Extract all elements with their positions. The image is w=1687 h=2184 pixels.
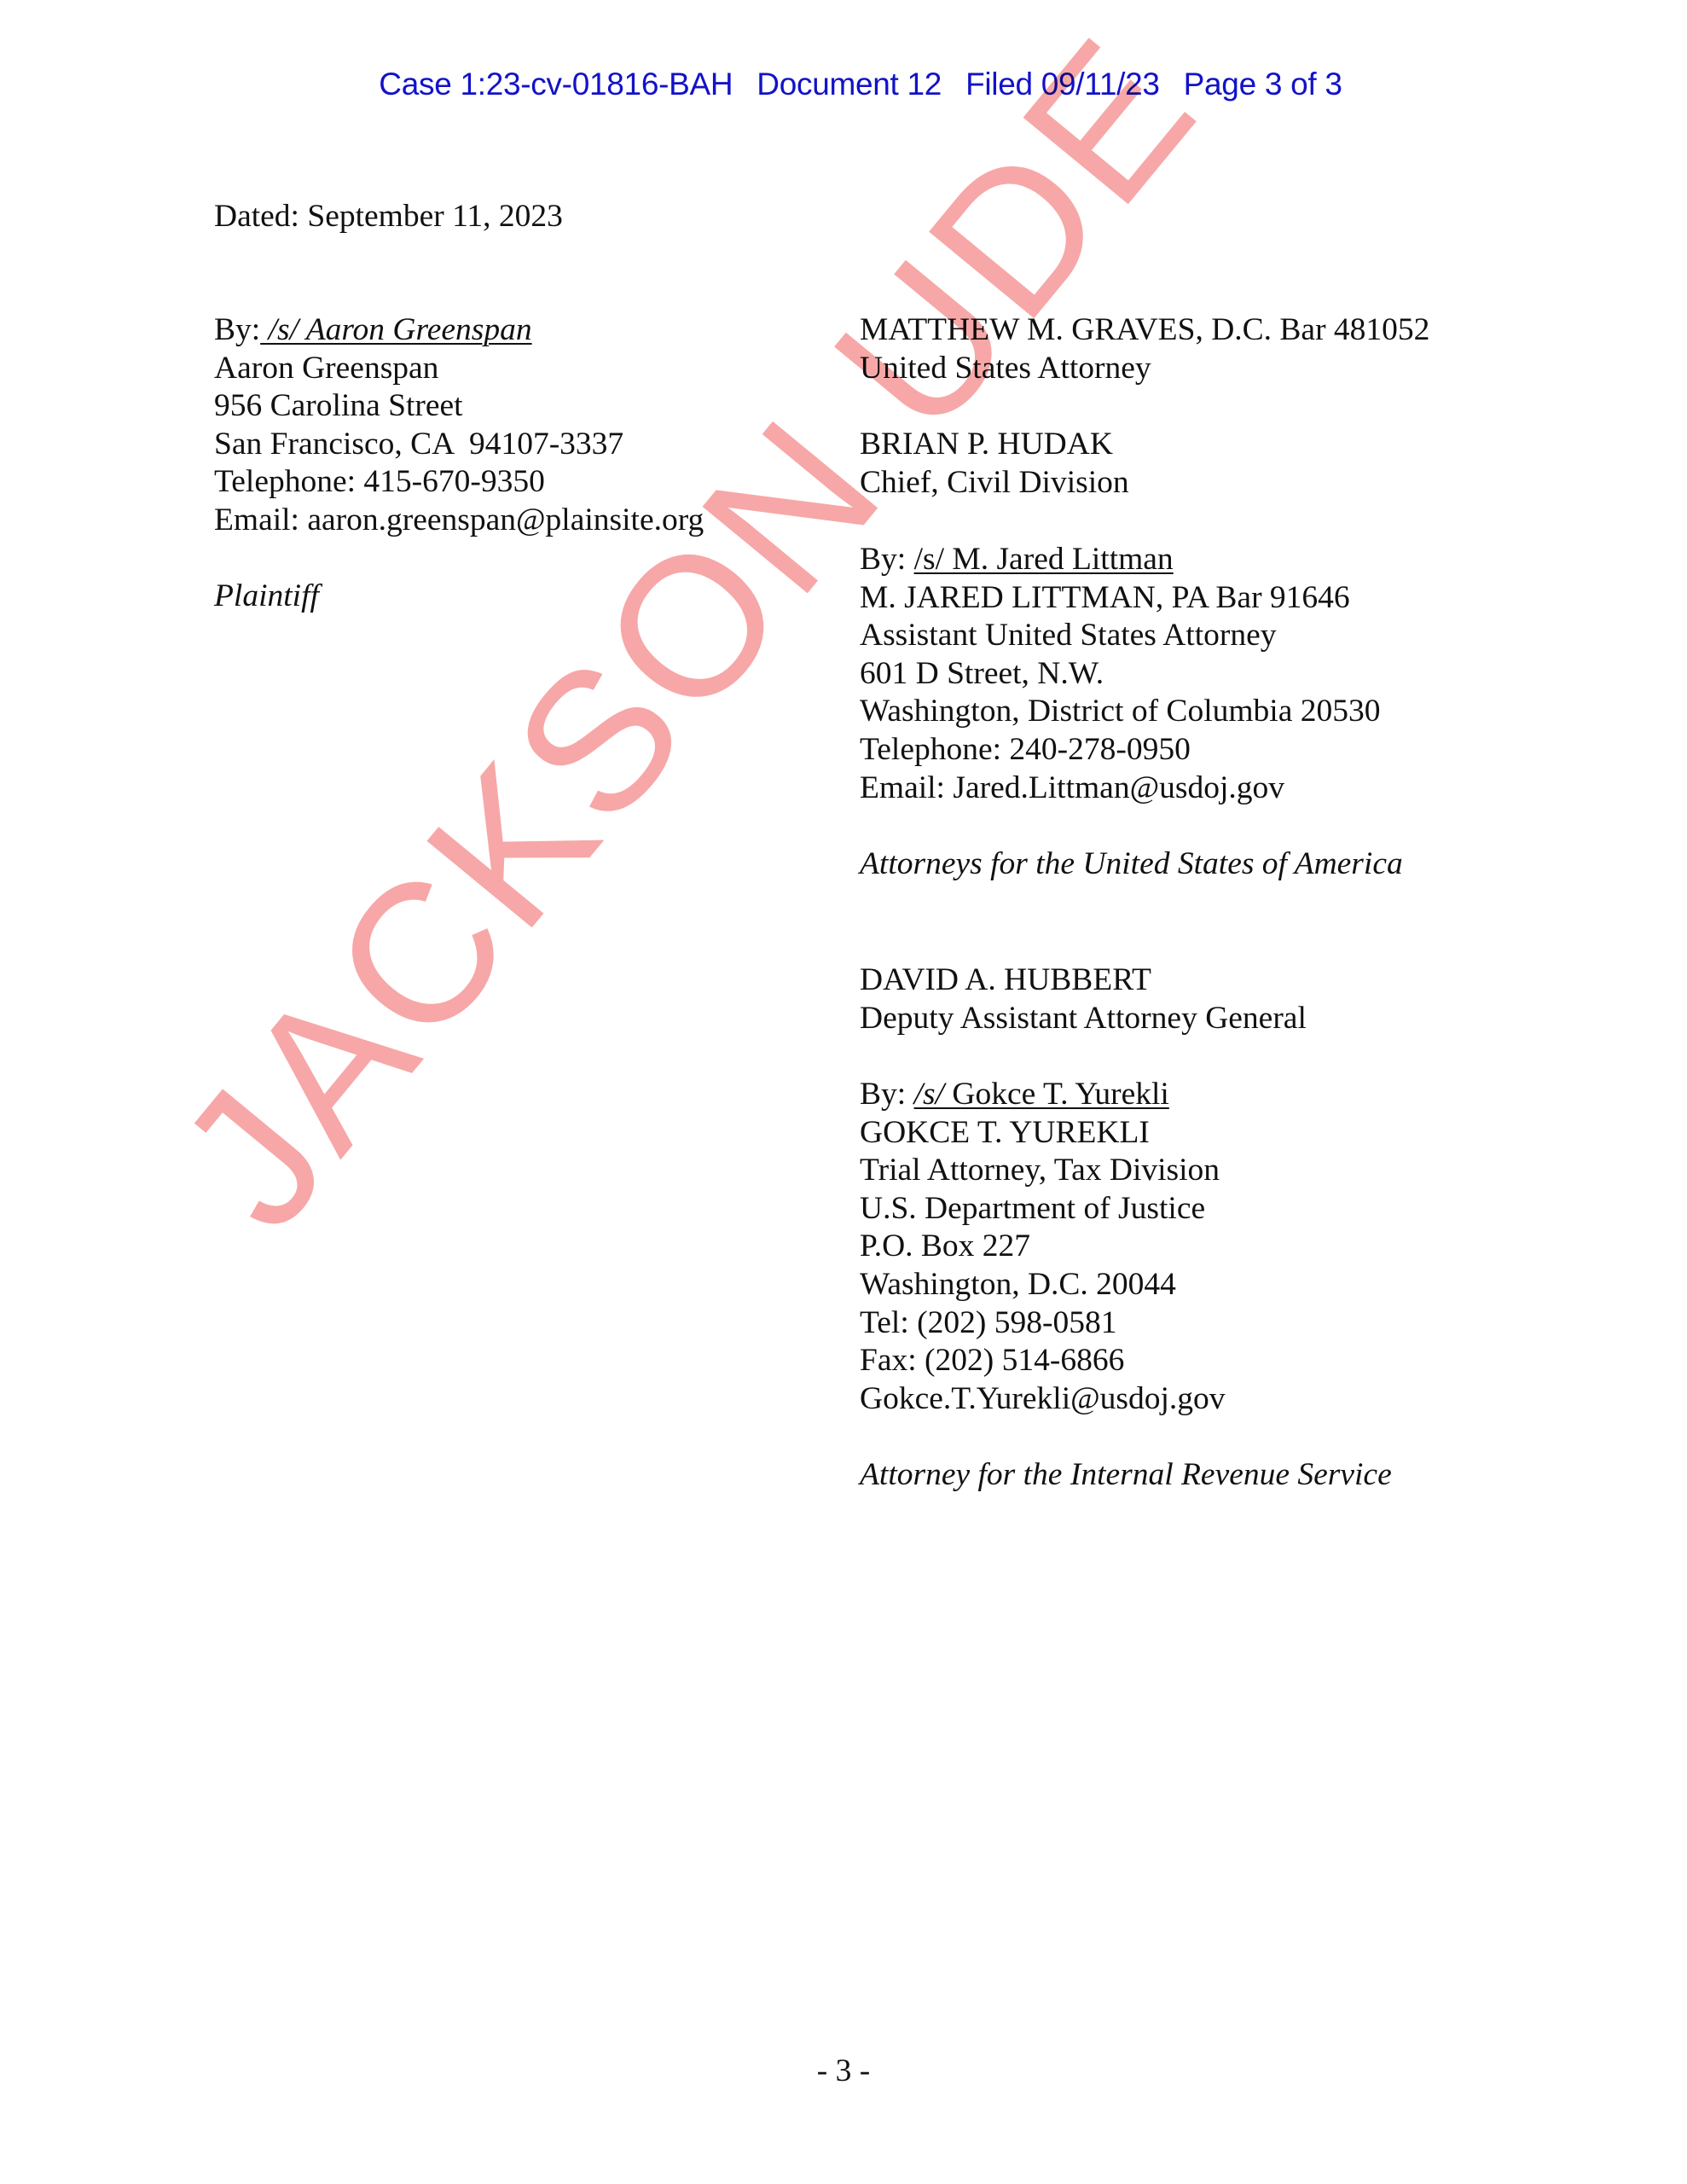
yurekli-signature-line: By: /s/ Gokce T. Yurekli (860, 1076, 1392, 1114)
plaintiff-signature-block: By: /s/ Aaron Greenspan Aaron Greenspan … (214, 311, 704, 616)
littman-role: Attorneys for the United States of Ameri… (860, 845, 1403, 884)
civil-chief-name: BRIAN P. HUDAK (860, 426, 1129, 464)
yurekli-email: Gokce.T.Yurekli@usdoj.gov (860, 1380, 1392, 1419)
by-label: By: (860, 1077, 914, 1112)
document-number: Document 12 (757, 67, 942, 102)
page-indicator: Page 3 of 3 (1184, 67, 1342, 102)
by-label: By: (214, 312, 260, 347)
yurekli-title: Trial Attorney, Tax Division (860, 1152, 1392, 1190)
filed-date: Filed 09/11/23 (965, 67, 1160, 102)
plaintiff-city: San Francisco, CA 94107-3337 (214, 426, 704, 464)
signature-prefix: /s/ (914, 1077, 944, 1112)
civil-chief-title: Chief, Civil Division (860, 464, 1129, 502)
yurekli-city: Washington, D.C. 20044 (860, 1266, 1392, 1304)
yurekli-role: Attorney for the Internal Revenue Servic… (860, 1456, 1392, 1495)
yurekli-name: GOKCE T. YUREKLI (860, 1114, 1392, 1153)
dated-line: Dated: September 11, 2023 (214, 198, 563, 236)
case-number: Case 1:23-cv-01816-BAH (379, 67, 733, 102)
littman-signature: /s/ M. Jared Littman (914, 542, 1174, 577)
plaintiff-role: Plaintiff (214, 578, 704, 616)
us-attorney-block: MATTHEW M. GRAVES, D.C. Bar 481052 Unite… (860, 311, 1429, 387)
yurekli-signature-block: By: /s/ Gokce T. Yurekli GOKCE T. YUREKL… (860, 1076, 1392, 1495)
plaintiff-telephone: Telephone: 415-670-9350 (214, 463, 704, 502)
yurekli-telephone: Tel: (202) 598-0581 (860, 1304, 1392, 1343)
by-label: By: (860, 542, 914, 577)
hubbert-name: DAVID A. HUBBERT (860, 961, 1307, 1000)
littman-city: Washington, District of Columbia 20530 (860, 693, 1403, 731)
us-attorney-title: United States Attorney (860, 350, 1429, 388)
littman-title: Assistant United States Attorney (860, 617, 1403, 655)
ecf-filing-header: Case 1:23-cv-01816-BAHDocument 12Filed 0… (0, 31, 1687, 138)
hubbert-block: DAVID A. HUBBERT Deputy Assistant Attorn… (860, 961, 1307, 1037)
yurekli-department: U.S. Department of Justice (860, 1190, 1392, 1228)
plaintiff-street: 956 Carolina Street (214, 387, 704, 426)
signature-name: Gokce T. Yurekli (944, 1077, 1169, 1112)
plaintiff-signature-line: By: /s/ Aaron Greenspan (214, 311, 704, 350)
littman-email: Email: Jared.Littman@usdoj.gov (860, 770, 1403, 808)
document-page: Case 1:23-cv-01816-BAHDocument 12Filed 0… (0, 0, 1687, 2184)
littman-name: M. JARED LITTMAN, PA Bar 91646 (860, 579, 1403, 618)
civil-chief-block: BRIAN P. HUDAK Chief, Civil Division (860, 426, 1129, 502)
page-number: - 3 - (0, 2053, 1687, 2091)
plaintiff-signature: /s/ Aaron Greenspan (260, 312, 531, 347)
littman-telephone: Telephone: 240-278-0950 (860, 731, 1403, 770)
yurekli-fax: Fax: (202) 514-6866 (860, 1342, 1392, 1380)
littman-signature-block: By: /s/ M. Jared Littman M. JARED LITTMA… (860, 541, 1403, 883)
hubbert-title: Deputy Assistant Attorney General (860, 1000, 1307, 1038)
plaintiff-name: Aaron Greenspan (214, 350, 704, 388)
us-attorney-name: MATTHEW M. GRAVES, D.C. Bar 481052 (860, 311, 1429, 350)
littman-street: 601 D Street, N.W. (860, 655, 1403, 694)
littman-signature-line: By: /s/ M. Jared Littman (860, 541, 1403, 579)
yurekli-po-box: P.O. Box 227 (860, 1228, 1392, 1266)
yurekli-signature: /s/ Gokce T. Yurekli (914, 1077, 1169, 1112)
plaintiff-email: Email: aaron.greenspan@plainsite.org (214, 502, 704, 540)
